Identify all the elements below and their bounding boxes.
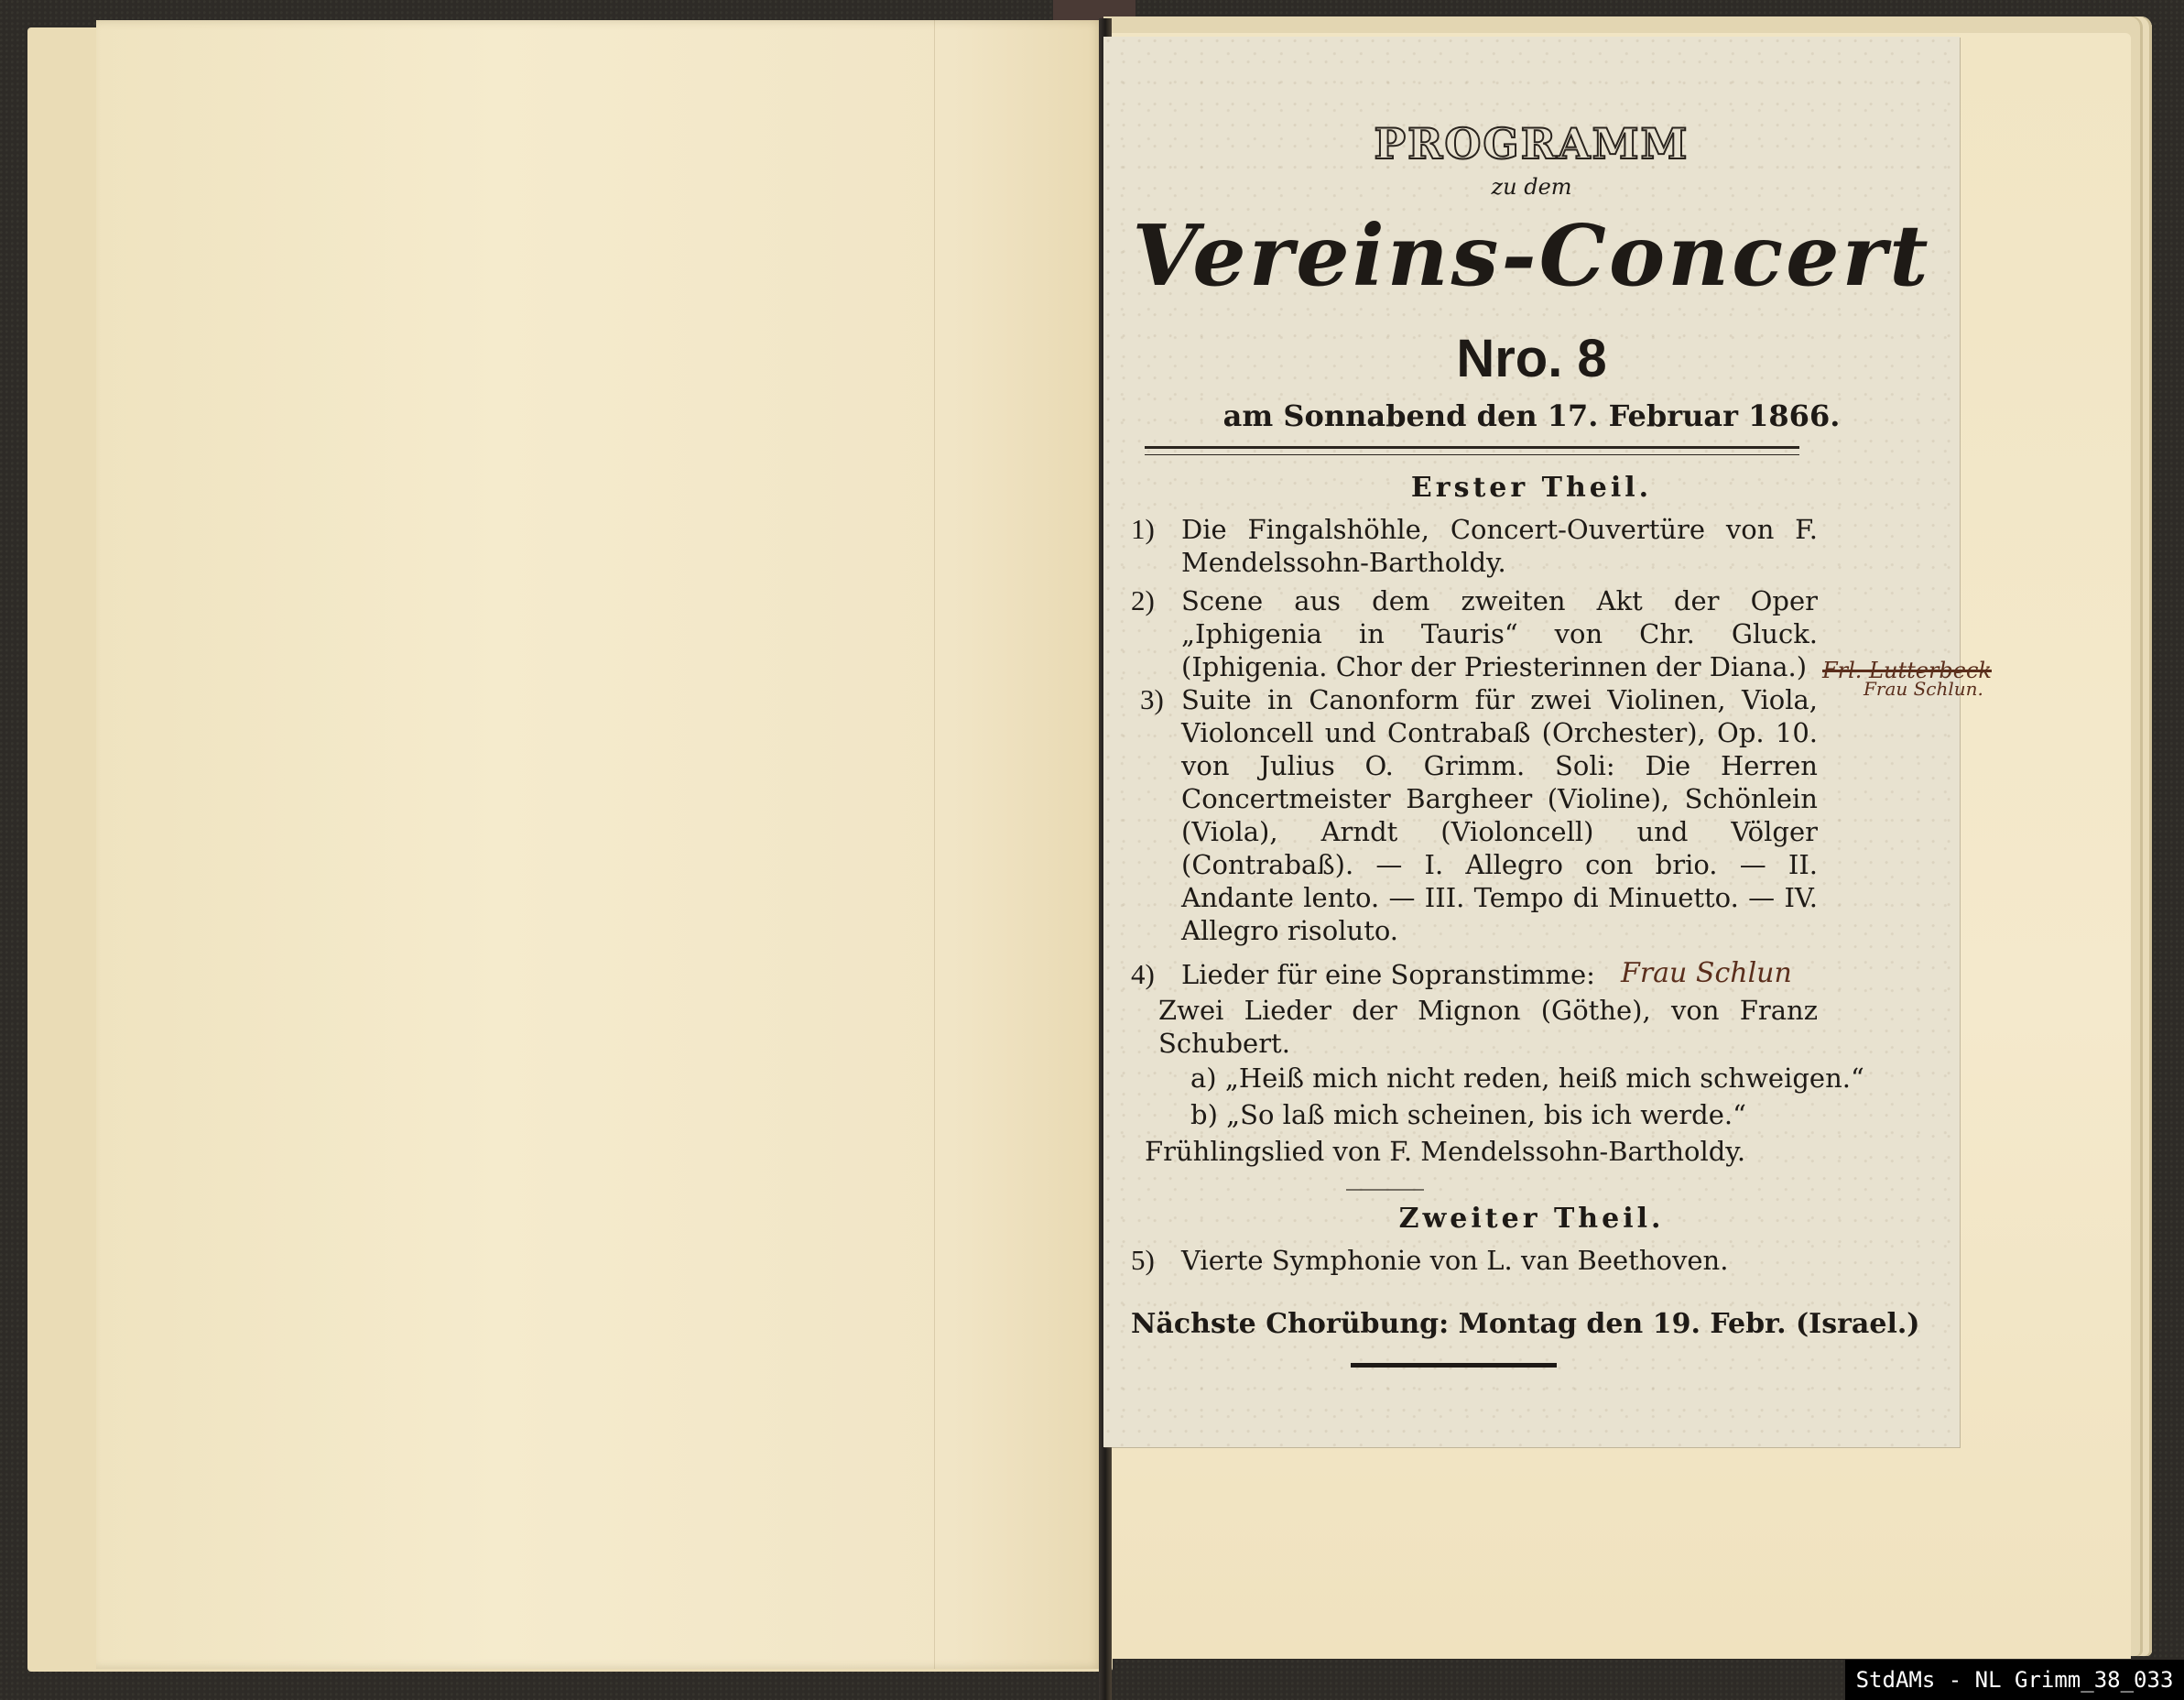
- item-text: Suite in Canonform für zwei Violinen, Vi…: [1181, 683, 1818, 947]
- handwritten-annotation: Frau Schlun.: [1863, 678, 1983, 700]
- sub-item-label: a): [1190, 1062, 1217, 1094]
- concert-programme-sheet: PROGRAMM zu dem Vereins-Concert Nro. 8 a…: [1103, 37, 1960, 1447]
- left-page-fold-line: [934, 20, 935, 1669]
- item-number: 1): [1131, 513, 1155, 546]
- part-one-title: Erster Theil.: [1103, 472, 1960, 504]
- next-rehearsal-notice: Nächste Chorübung: Montag den 19. Febr. …: [1131, 1308, 1827, 1340]
- footer-rule: [1351, 1363, 1557, 1368]
- item-number: 5): [1131, 1244, 1155, 1277]
- sub-item-text: „Heiß mich nicht reden, heiß mich schwei…: [1225, 1062, 1864, 1094]
- section-divider: [1346, 1189, 1424, 1191]
- item-number: 4): [1131, 958, 1155, 991]
- programme-item-1: 1) Die Fingalshöhle, Concert-Ouvertüre v…: [1131, 513, 1818, 579]
- item-number: 3): [1140, 683, 1164, 716]
- item-number: 2): [1131, 584, 1155, 617]
- sub-item-label: b): [1190, 1099, 1218, 1130]
- lieder-subheading: Zwei Lieder der Mignon (Göthe), von Fran…: [1158, 994, 1818, 1060]
- programme-item-2: 2) Scene aus dem zweiten Akt der Oper „I…: [1131, 584, 1818, 683]
- fruehlingslied-line: Frühlingslied von F. Mendelssohn-Barthol…: [1145, 1136, 1745, 1167]
- item-text: Zwei Lieder der Mignon (Göthe), von Fran…: [1158, 994, 1818, 1060]
- programme-item-5: 5) Vierte Symphonie von L. van Beethoven…: [1131, 1244, 1818, 1277]
- concert-date: am Sonnabend den 17. Februar 1866.: [1103, 398, 1960, 433]
- handwritten-annotation: Frau Schlun: [1621, 957, 1792, 989]
- item-text: Scene aus dem zweiten Akt der Oper „Iphi…: [1181, 584, 1818, 683]
- programme-heading: PROGRAMM: [1103, 119, 1960, 169]
- programme-subheading: zu dem: [1103, 174, 1960, 200]
- bleed-through-text: [444, 158, 457, 201]
- left-page: [96, 20, 1103, 1669]
- concert-number: Nro. 8: [1103, 328, 1960, 389]
- archive-reference-label: StdAMs - NL Grimm_38_033: [1845, 1660, 2184, 1700]
- item-text: Vierte Symphonie von L. van Beethoven.: [1181, 1244, 1818, 1277]
- programme-item-3: 3) Suite in Canonform für zwei Violinen,…: [1131, 683, 1818, 947]
- lied-a: a) „Heiß mich nicht reden, heiß mich sch…: [1190, 1062, 1864, 1094]
- concert-title: Vereins-Concert: [1103, 206, 1960, 305]
- part-two-title: Zweiter Theil.: [1103, 1203, 1960, 1235]
- header-divider: [1145, 446, 1799, 455]
- lied-b: b) „So laß mich scheinen, bis ich werde.…: [1190, 1099, 1746, 1130]
- item-text: Die Fingalshöhle, Concert-Ouvertüre von …: [1181, 513, 1818, 579]
- sub-item-text: „So laß mich scheinen, bis ich werde.“: [1226, 1099, 1746, 1130]
